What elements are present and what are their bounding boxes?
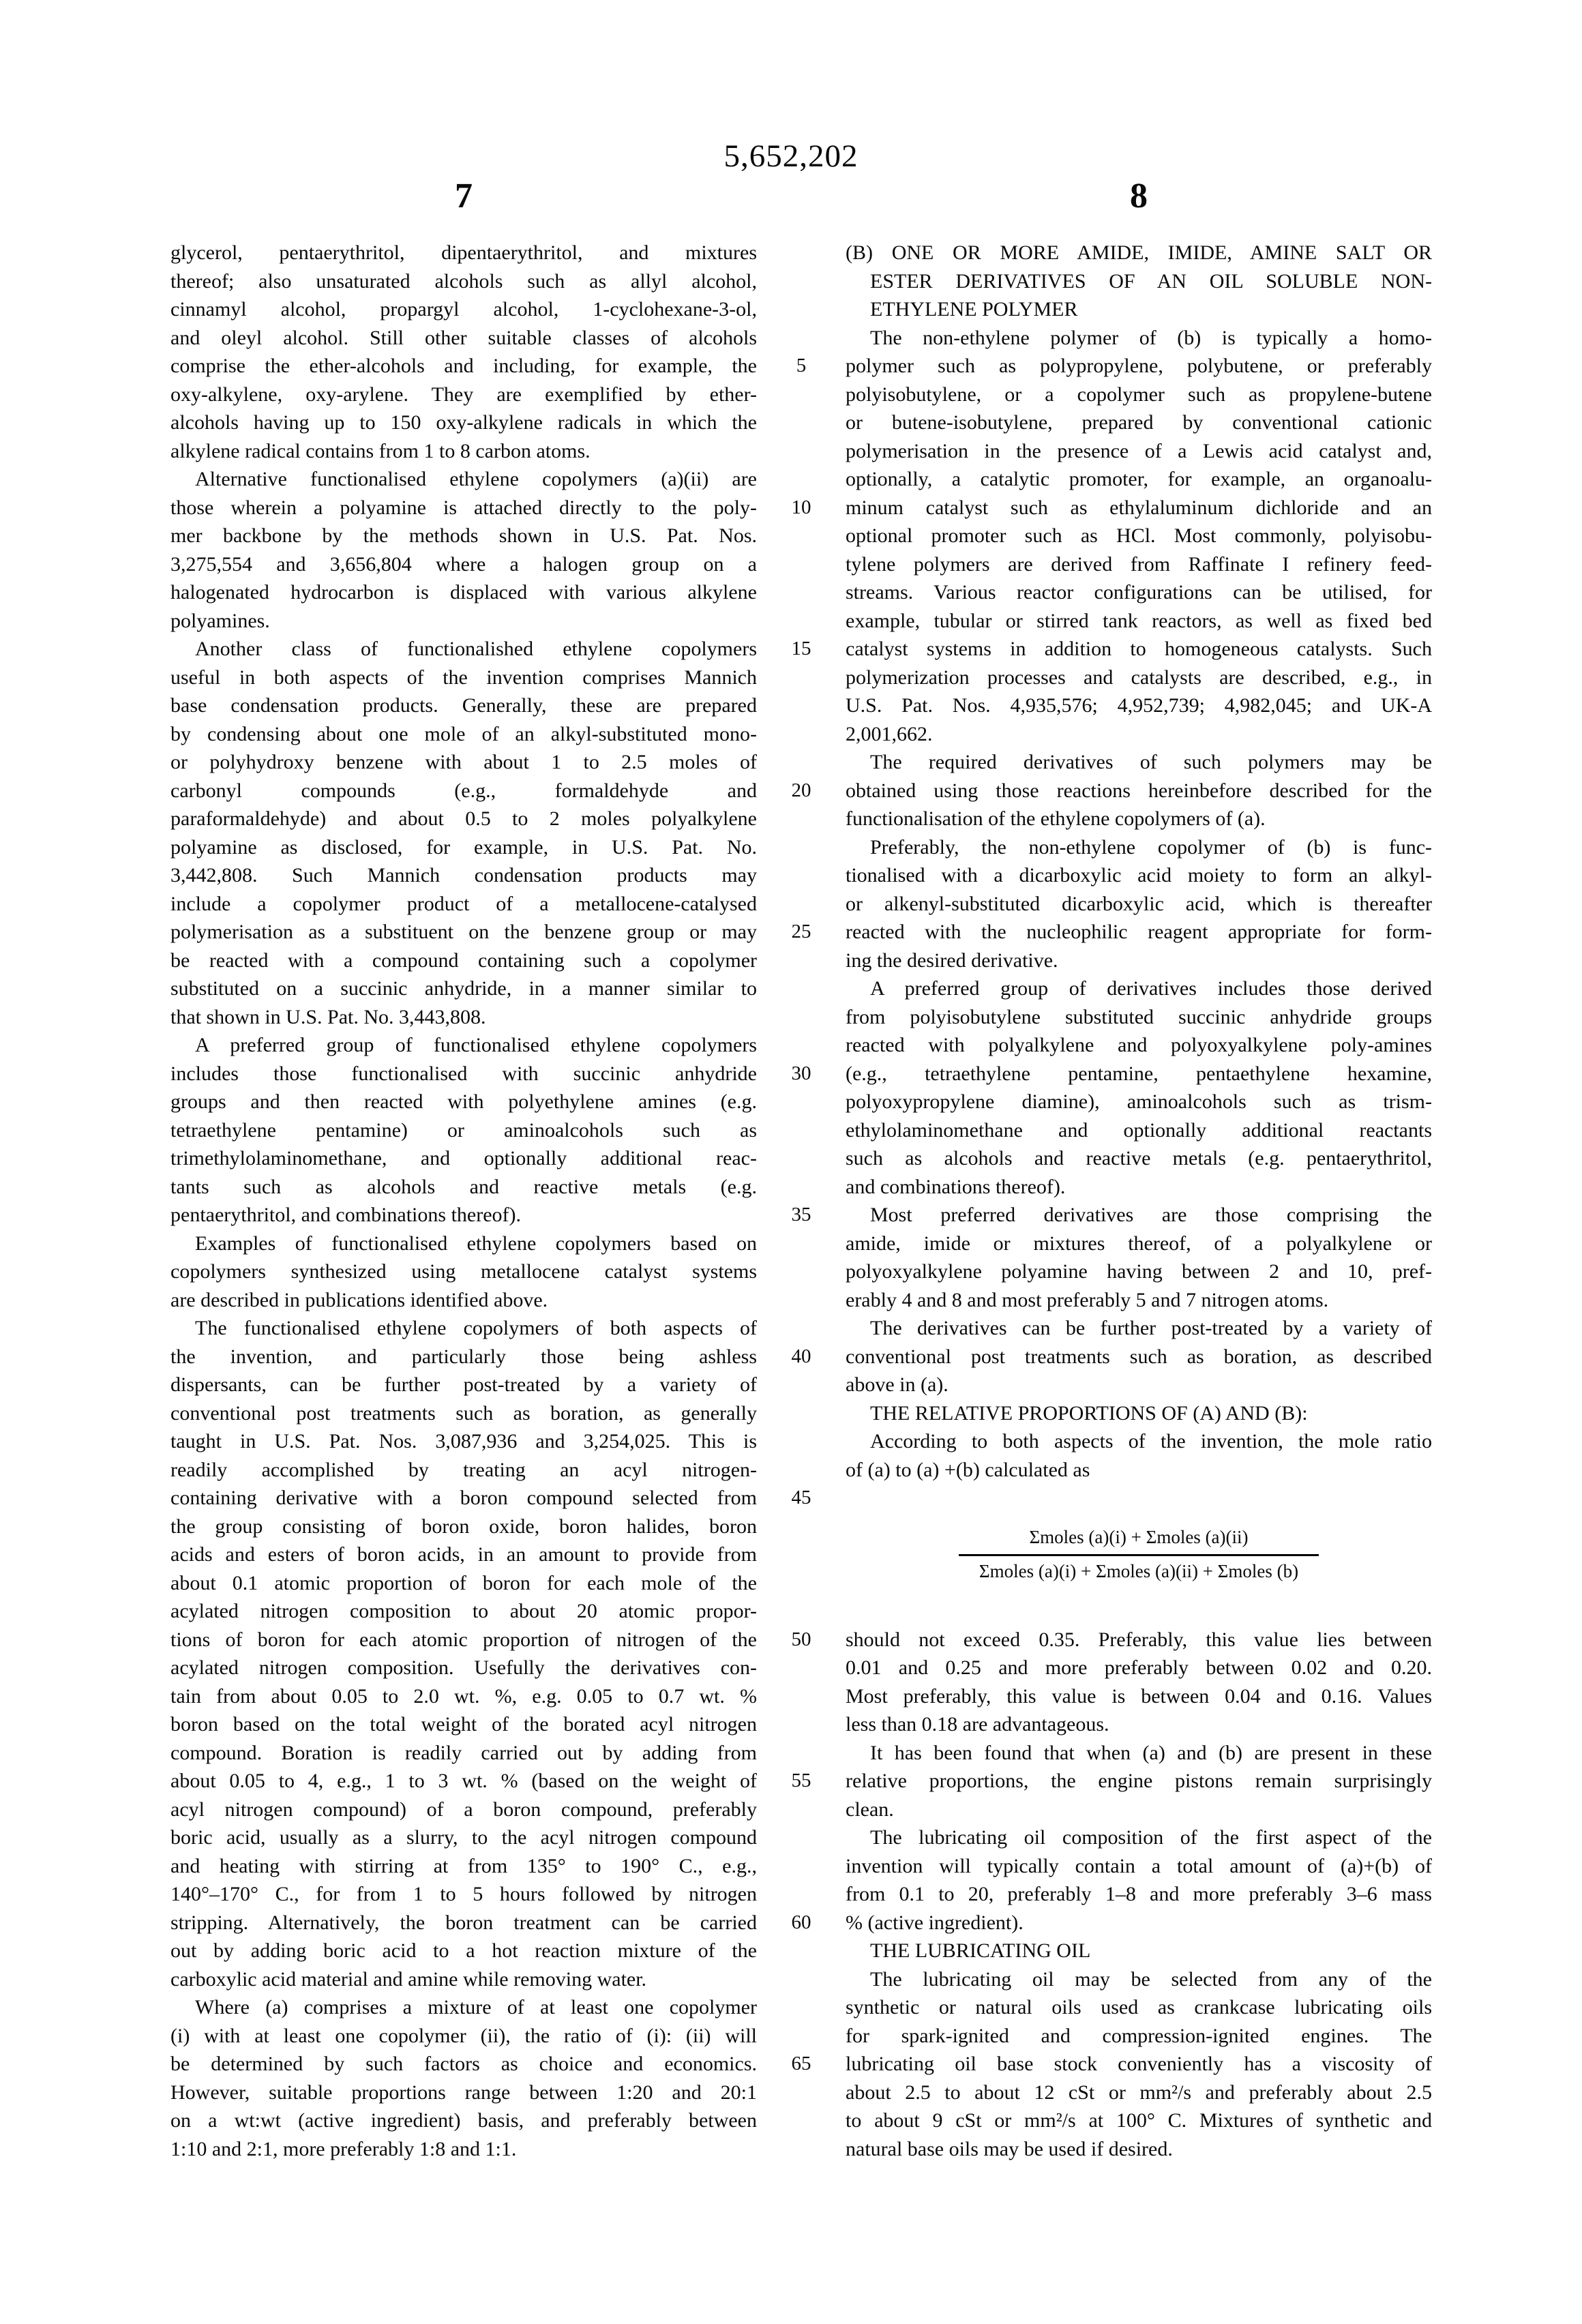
text-line: It has been found that when (a) and (b) … [846,1739,1432,1768]
text-line: the group consisting of boron oxide, bor… [170,1513,757,1541]
text-line: polyoxyalkylene polyamine having between… [846,1257,1432,1286]
gutter-line-number: 25 [757,918,846,947]
text-line: the invention, and particularly those be… [170,1343,757,1371]
text-line: Another class of functionalished ethylen… [170,635,757,664]
text-line: on a wt:wt (active ingredient) basis, an… [170,2106,757,2135]
text-line: A preferred group of functionalised ethy… [170,1031,757,1060]
gutter-line-number: 45 [757,1484,846,1513]
text-line: boric acid, usually as a slurry, to the … [170,1823,757,1852]
text-line: The lubricating oil composition of the f… [846,1823,1432,1852]
text-line: (i) with at least one copolymer (ii), th… [170,2022,757,2051]
text-line: taught in U.S. Pat. Nos. 3,087,936 and 3… [170,1427,757,1456]
gutter-line-number: 5 [757,352,846,381]
text-line: tetraethylene pentamine) or aminoalcohol… [170,1116,757,1145]
text-line: carboxylic acid material and amine while… [170,1965,757,1994]
text-line: The required derivatives of such polymer… [846,748,1432,777]
right-column-text: (B) ONE OR MORE AMIDE, IMIDE, AMINE SALT… [846,239,1432,2163]
text-line: to about 9 cSt or mm²/s at 100° C. Mixtu… [846,2106,1432,2135]
text-line: acids and esters of boron acids, in an a… [170,1540,757,1569]
text-line: containing derivative with a boron compo… [170,1484,757,1513]
text-line: polymerisation as a substituent on the b… [170,918,757,947]
text-line: be reacted with a compound containing su… [170,947,757,975]
right-column-page-number: 8 [846,176,1432,216]
text-line: According to both aspects of the inventi… [846,1427,1432,1456]
text-line: synthetic or natural oils used as crankc… [846,1993,1432,2022]
text-line: groups and then reacted with polyethylen… [170,1088,757,1116]
text-line: or butene-isobutylene, prepared by conve… [846,408,1432,437]
text-line: streams. Various reactor configurations … [846,578,1432,607]
text-line: are described in publications identified… [170,1286,757,1315]
text-line: minum catalyst such as ethylaluminum dic… [846,494,1432,522]
gutter-line-number: 10 [757,494,846,522]
text-line: The functionalised ethylene copolymers o… [170,1314,757,1343]
text-line: trimethylolaminomethane, and optionally … [170,1144,757,1173]
text-line: tions of boron for each atomic proportio… [170,1626,757,1654]
text-line: acyl nitrogen compound) of a boron compo… [170,1796,757,1824]
text-line: tylene polymers are derived from Raffina… [846,550,1432,579]
text-line: conventional post treatments such as bor… [846,1343,1432,1371]
text-line: (e.g., tetraethylene pentamine, pentaeth… [846,1060,1432,1088]
text-line: from 0.1 to 20, preferably 1–8 and more … [846,1880,1432,1909]
text-line: reacted with the nucleophilic reagent ap… [846,918,1432,947]
text-line: natural base oils may be used if desired… [846,2135,1432,2164]
text-line: polyamines. [170,607,757,636]
text-line: Examples of functionalised ethylene copo… [170,1230,757,1258]
gutter-line-number: 40 [757,1343,846,1371]
text-line: about 0.1 atomic proportion of boron for… [170,1569,757,1598]
text-line: such as alcohols and reactive metals (e.… [846,1144,1432,1173]
text-line: pentaerythritol, and combinations thereo… [170,1201,757,1230]
left-column-page-number: 7 [170,176,757,216]
text-line: ESTER DERIVATIVES OF AN OIL SOLUBLE NON- [846,267,1432,296]
text-line: substituted on a succinic anhydride, in … [170,974,757,1003]
text-line: and oleyl alcohol. Still other suitable … [170,324,757,353]
gutter-line-number: 50 [757,1626,846,1654]
text-line: polyoxypropylene diamine), aminoalcohols… [846,1088,1432,1116]
text-line: invention will typically contain a total… [846,1852,1432,1881]
left-column-text: glycerol, pentaerythritol, dipentaerythr… [170,239,757,2163]
text-line: Preferably, the non-ethylene copolymer o… [846,833,1432,862]
text-line: THE RELATIVE PROPORTIONS OF (A) AND (B): [846,1399,1432,1428]
text-line: base condensation products. Generally, t… [170,691,757,720]
patent-page: 5,652,202 7 8 glycerol, pentaerythritol,… [0,0,1582,2324]
text-line: compound. Boration is readily carried ou… [170,1739,757,1768]
text-line: polymerization processes and catalysts a… [846,664,1432,692]
text-line: U.S. Pat. Nos. 4,935,576; 4,952,739; 4,9… [846,691,1432,720]
text-line: (B) ONE OR MORE AMIDE, IMIDE, AMINE SALT… [846,239,1432,267]
text-line: 3,442,808. Such Mannich condensation pro… [170,861,757,890]
text-line: acylated nitrogen composition to about 2… [170,1597,757,1626]
text-line: and combinations thereof). [846,1173,1432,1202]
text-line: THE LUBRICATING OIL [846,1937,1432,1965]
text-line: or polyhydroxy benzene with about 1 to 2… [170,748,757,777]
gutter-line-number: 15 [757,635,846,664]
text-line: alkylene radical contains from 1 to 8 ca… [170,437,757,466]
text-line: Alternative functionalised ethylene copo… [170,465,757,494]
text-line: However, suitable proportions range betw… [170,2079,757,2107]
text-line: useful in both aspects of the invention … [170,664,757,692]
text-line: thereof; also unsaturated alcohols such … [170,267,757,296]
gutter-line-number: 20 [757,777,846,805]
right-column-lower-text: should not exceed 0.35. Preferably, this… [846,1626,1432,2164]
text-line: out by adding boric acid to a hot reacti… [170,1937,757,1965]
text-line: carbonyl compounds (e.g., formaldehyde a… [170,777,757,805]
text-line: The derivatives can be further post-trea… [846,1314,1432,1343]
text-line: ing the desired derivative. [846,947,1432,975]
text-line: from polyisobutylene substituted succini… [846,1003,1432,1032]
text-line: conventional post treatments such as bor… [170,1399,757,1428]
text-line: be determined by such factors as choice … [170,2050,757,2079]
text-line: relative proportions, the engine pistons… [846,1767,1432,1796]
text-line: and heating with stirring at from 135° t… [170,1852,757,1881]
text-line: polyamine as disclosed, for example, in … [170,833,757,862]
text-line: paraformaldehyde) and about 0.5 to 2 mol… [170,805,757,833]
text-line: comprise the ether-alcohols and includin… [170,352,757,381]
text-line: tionalised with a dicarboxylic acid moie… [846,861,1432,890]
text-line: stripping. Alternatively, the boron trea… [170,1909,757,1937]
gutter-line-number: 35 [757,1201,846,1230]
text-line: alcohols having up to 150 oxy-alkylene r… [170,408,757,437]
text-line: amide, imide or mixtures thereof, of a p… [846,1230,1432,1258]
text-line: less than 0.18 are advantageous. [846,1710,1432,1739]
text-line: for spark-ignited and compression-ignite… [846,2022,1432,2051]
patent-number: 5,652,202 [0,138,1582,175]
text-line: oxy-alkylene, oxy-arylene. They are exem… [170,381,757,409]
text-line: functionalisation of the ethylene copoly… [846,805,1432,833]
gutter-line-number: 60 [757,1909,846,1937]
text-line: includes those functionalised with succi… [170,1060,757,1088]
text-line: dispersants, can be further post-treated… [170,1371,757,1399]
text-line: The lubricating oil may be selected from… [846,1965,1432,1994]
text-line: 140°–170° C., for from 1 to 5 hours foll… [170,1880,757,1909]
text-line: 0.01 and 0.25 and more preferably betwee… [846,1654,1432,1682]
formula-numerator: Σmoles (a)(i) + Σmoles (a)(ii) [959,1527,1319,1556]
text-line: ETHYLENE POLYMER [846,295,1432,324]
text-line: optionally, a catalytic promoter, for ex… [846,465,1432,494]
gutter-line-number: 55 [757,1767,846,1796]
text-line: optional promoter such as HCl. Most comm… [846,522,1432,550]
text-line: cinnamyl alcohol, propargyl alcohol, 1-c… [170,295,757,324]
text-line: polyisobutylene, or a copolymer such as … [846,381,1432,409]
text-line: polymer such as polypropylene, polybuten… [846,352,1432,381]
text-line: those wherein a polyamine is attached di… [170,494,757,522]
text-line: Most preferred derivatives are those com… [846,1201,1432,1230]
text-line: above in (a). [846,1371,1432,1399]
text-line: glycerol, pentaerythritol, dipentaerythr… [170,239,757,267]
text-line: lubricating oil base stock conveniently … [846,2050,1432,2079]
text-line: 1:10 and 2:1, more preferably 1:8 and 1:… [170,2135,757,2164]
text-line: tain from about 0.05 to 2.0 wt. %, e.g. … [170,1682,757,1711]
text-line: obtained using those reactions hereinbef… [846,777,1432,805]
gutter-line-number: 30 [757,1060,846,1088]
formula-denominator: Σmoles (a)(i) + Σmoles (a)(ii) + Σmoles … [959,1556,1319,1582]
text-line: catalyst systems in addition to homogene… [846,635,1432,664]
right-column-upper-text: (B) ONE OR MORE AMIDE, IMIDE, AMINE SALT… [846,239,1432,1484]
text-line: ethylolaminomethane and optionally addit… [846,1116,1432,1145]
text-line: include a copolymer product of a metallo… [170,890,757,919]
text-line: The non-ethylene polymer of (b) is typic… [846,324,1432,353]
text-line: example, tubular or stirred tank reactor… [846,607,1432,636]
text-line: or alkenyl-substituted dicarboxylic acid… [846,890,1432,919]
mole-ratio-formula: Σmoles (a)(i) + Σmoles (a)(ii) Σmoles (a… [846,1484,1432,1626]
text-line: polymerisation in the presence of a Lewi… [846,437,1432,466]
text-line: A preferred group of derivatives include… [846,974,1432,1003]
text-line: % (active ingredient). [846,1909,1432,1937]
text-line: reacted with polyalkylene and polyoxyalk… [846,1031,1432,1060]
text-line: about 0.05 to 4, e.g., 1 to 3 wt. % (bas… [170,1767,757,1796]
text-line: Most preferably, this value is between 0… [846,1682,1432,1711]
text-line: copolymers synthesized using metallocene… [170,1257,757,1286]
text-line: by condensing about one mole of an alkyl… [170,720,757,749]
text-line: clean. [846,1796,1432,1824]
text-line: halogenated hydrocarbon is displaced wit… [170,578,757,607]
text-line: tants such as alcohols and reactive meta… [170,1173,757,1202]
text-line: boron based on the total weight of the b… [170,1710,757,1739]
text-line: acylated nitrogen composition. Usefully … [170,1654,757,1682]
text-line: 2,001,662. [846,720,1432,749]
text-line: readily accomplished by treating an acyl… [170,1456,757,1485]
gutter-line-number: 65 [757,2050,846,2079]
text-line: mer backbone by the methods shown in U.S… [170,522,757,550]
text-line: erably 4 and 8 and most preferably 5 and… [846,1286,1432,1315]
text-line: about 2.5 to about 12 cSt or mm²/s and p… [846,2079,1432,2107]
text-line: Where (a) comprises a mixture of at leas… [170,1993,757,2022]
text-line: should not exceed 0.35. Preferably, this… [846,1626,1432,1654]
text-line: that shown in U.S. Pat. No. 3,443,808. [170,1003,757,1032]
fraction: Σmoles (a)(i) + Σmoles (a)(ii) Σmoles (a… [959,1527,1319,1582]
text-line: of (a) to (a) +(b) calculated as [846,1456,1432,1485]
text-line: 3,275,554 and 3,656,804 where a halogen … [170,550,757,579]
